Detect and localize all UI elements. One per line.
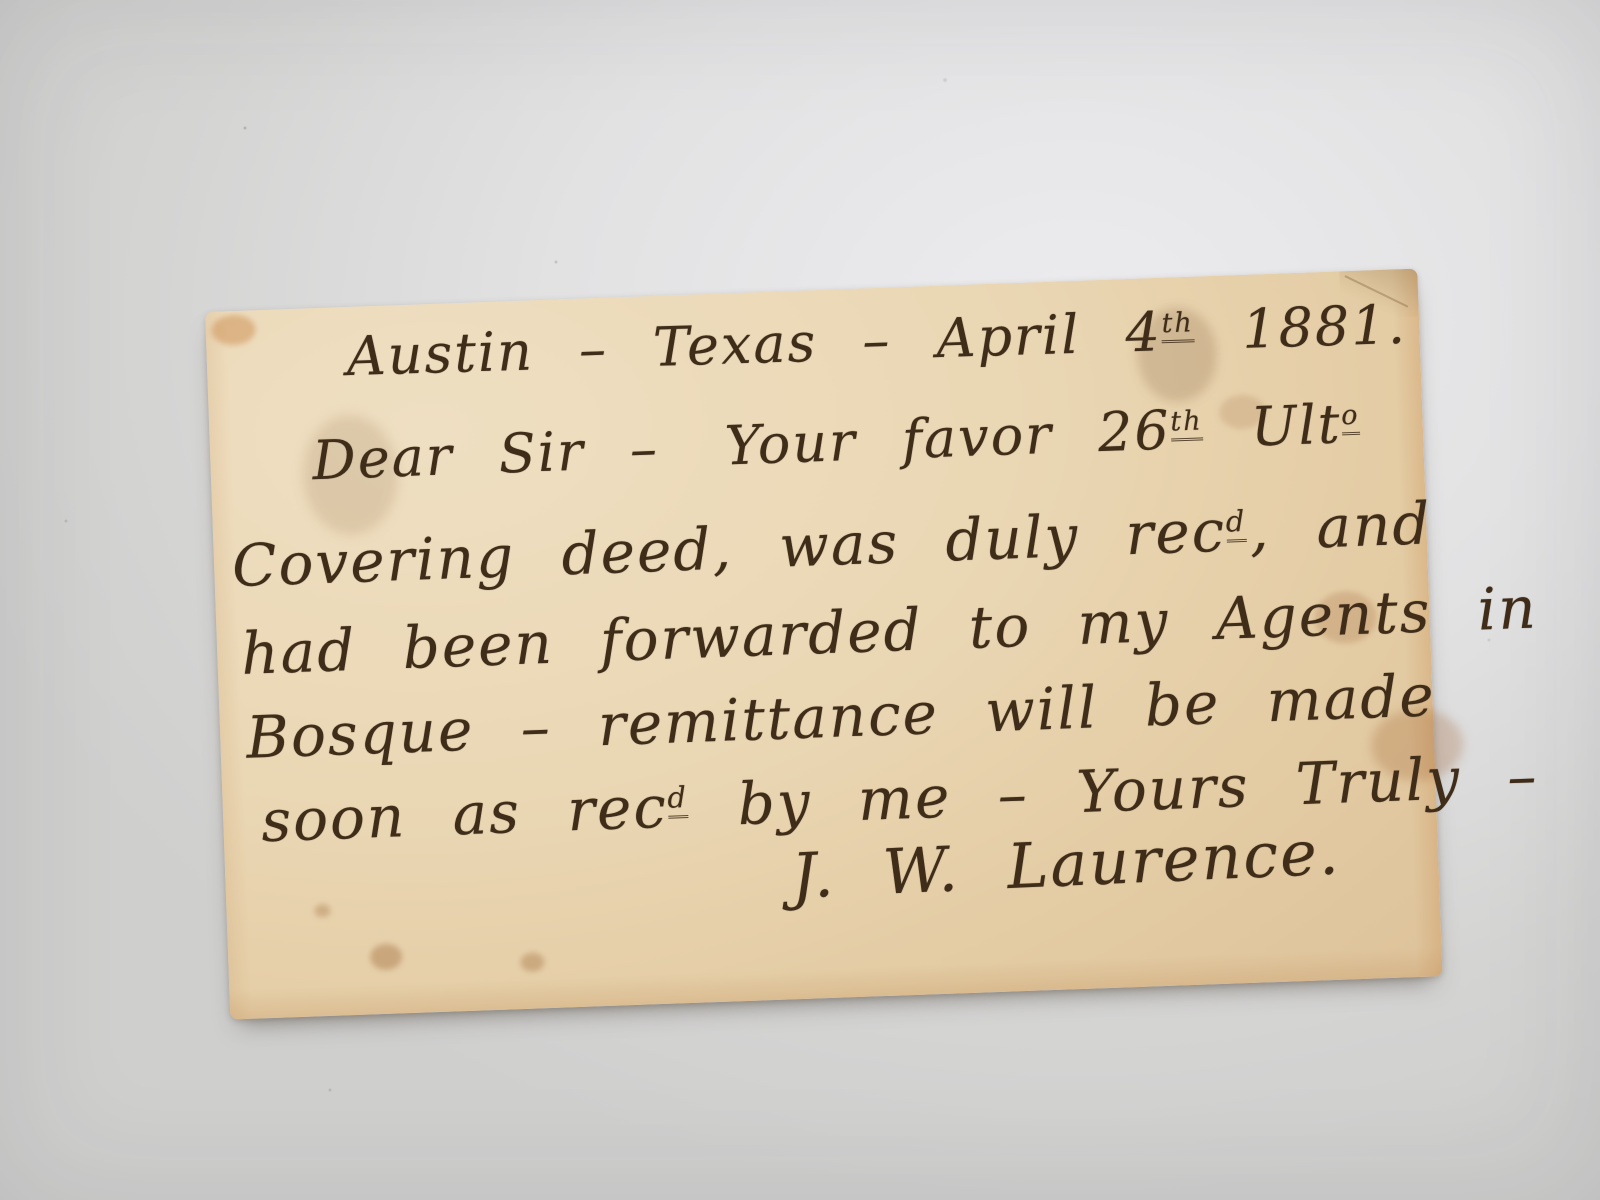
photograph-of-postcard: Austin – Texas – April 4th 1881. Dear Si… (0, 0, 1600, 1200)
photo-vignette (0, 0, 1600, 1200)
